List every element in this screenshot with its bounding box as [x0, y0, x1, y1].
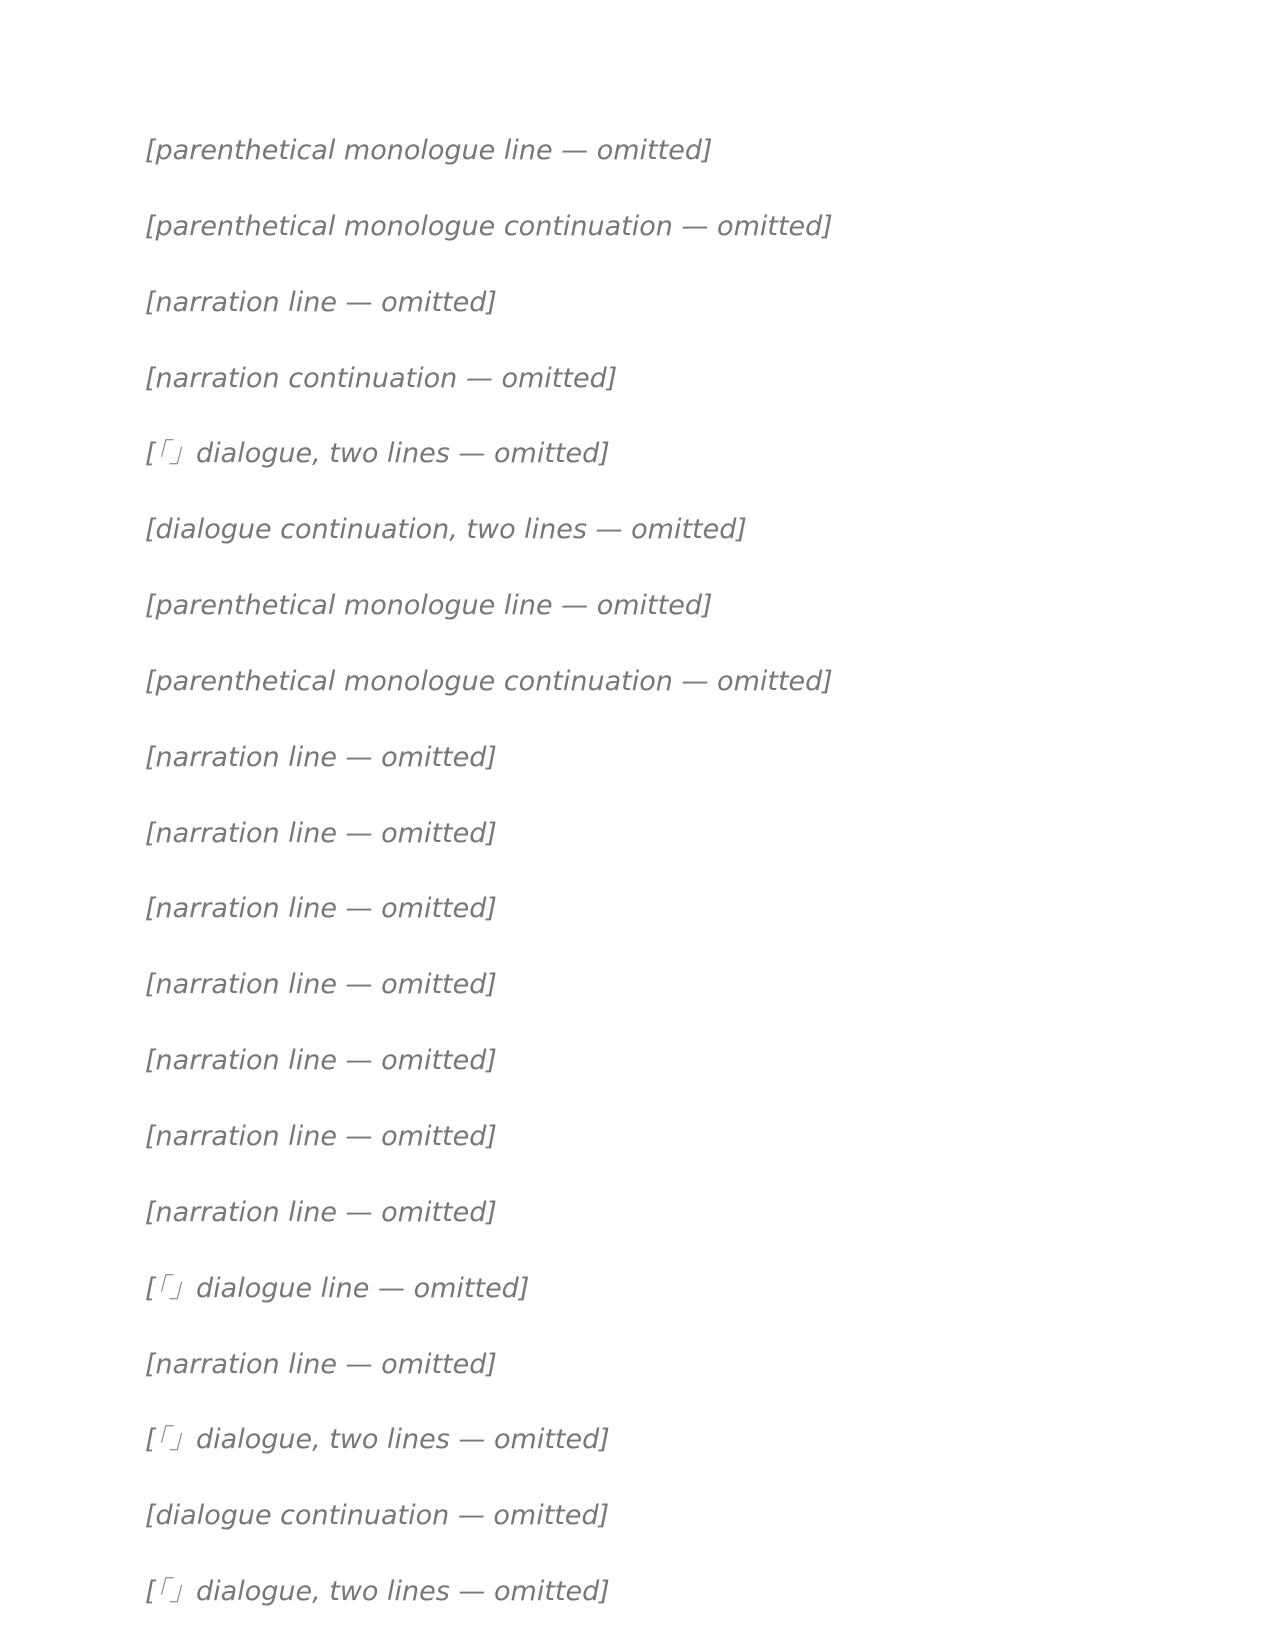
- paragraph: [narration line — omitted]: [145, 964, 1085, 1006]
- paragraph: [narration line — omitted]: [145, 813, 1085, 855]
- paragraph: [narration line — omitted]: [145, 1116, 1085, 1158]
- paragraph: [「」dialogue, two lines — omitted]: [145, 1419, 1085, 1461]
- paragraph: [parenthetical monologue line — omitted]: [145, 585, 1085, 627]
- document-page: [parenthetical monologue line — omitted]…: [0, 0, 1275, 1650]
- paragraph: [narration line — omitted]: [145, 1344, 1085, 1386]
- paragraph: [「」dialogue line — omitted]: [145, 1268, 1085, 1310]
- paragraph: [dialogue continuation — omitted]: [145, 1495, 1085, 1537]
- paragraph: [narration line — omitted]: [145, 282, 1085, 324]
- paragraph: [parenthetical monologue line — omitted]: [145, 130, 1085, 172]
- paragraph: [narration line — omitted]: [145, 1040, 1085, 1082]
- paragraph: [parenthetical monologue continuation — …: [145, 206, 1085, 248]
- paragraph: [narration line — omitted]: [145, 737, 1085, 779]
- paragraph: [narration continuation — omitted]: [145, 358, 1085, 400]
- paragraph: [「」dialogue, two lines — omitted]: [145, 1571, 1085, 1613]
- paragraph: [narration line — omitted]: [145, 1192, 1085, 1234]
- paragraph: [narration line — omitted]: [145, 888, 1085, 930]
- paragraph: [parenthetical monologue continuation — …: [145, 661, 1085, 703]
- paragraph: [「」dialogue, two lines — omitted]: [145, 433, 1085, 475]
- paragraph: [dialogue continuation, two lines — omit…: [145, 509, 1085, 551]
- text-block: [parenthetical monologue line — omitted]…: [145, 130, 1085, 1647]
